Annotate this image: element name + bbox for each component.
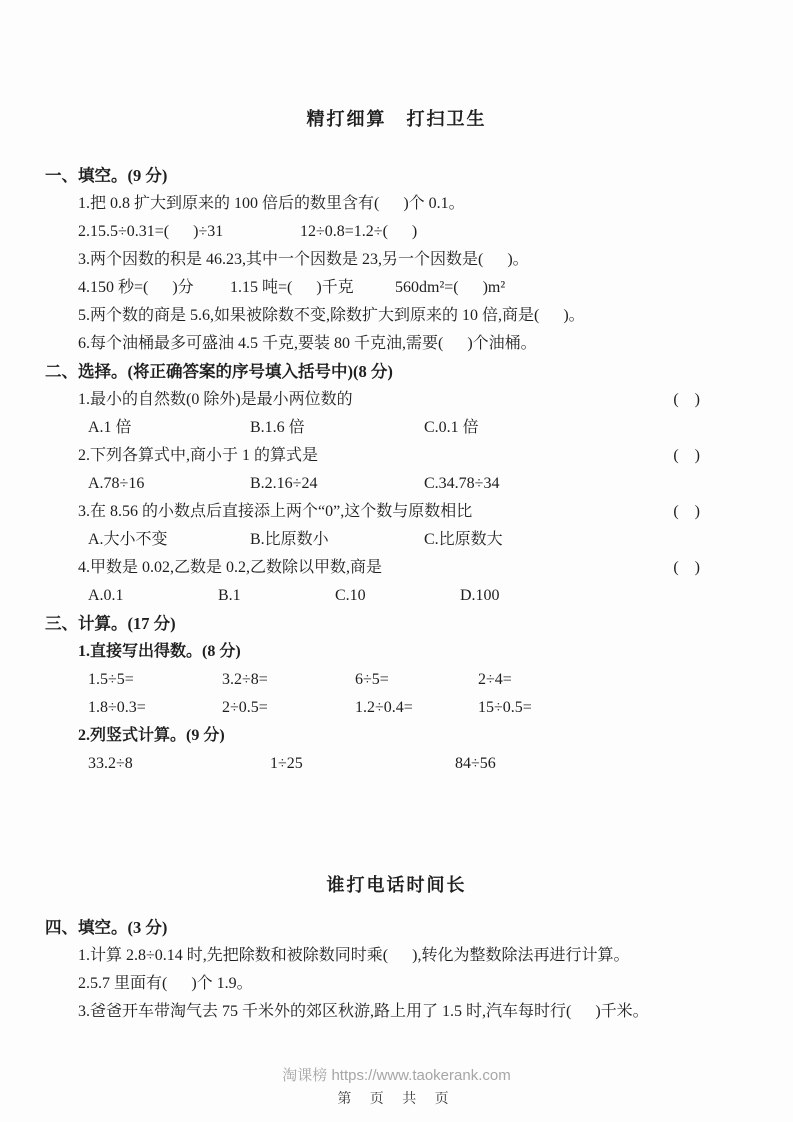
- calc-sub-heading-2: 2.列竖式计算。(9 分): [45, 722, 748, 750]
- vertical-calc-item: 84÷56: [455, 750, 496, 778]
- section-choice-heading: 二、选择。(将正确答案的序号填入括号中)(8 分): [45, 358, 748, 386]
- choice-question-4: 4.甲数是 0.02,乙数是 0.2,乙数除以甲数,商是 ( ): [45, 554, 700, 582]
- choice-question-3: 3.在 8.56 的小数点后直接添上两个“0”,这个数与原数相比 ( ): [45, 498, 700, 526]
- option-label: B.1.6 倍: [250, 414, 424, 442]
- choice-question-2-text: 2.下列各算式中,商小于 1 的算式是: [78, 442, 318, 470]
- fill1-item-2: 2.15.5÷0.31=( )÷31 12÷0.8=1.2÷( ): [45, 218, 748, 246]
- worksheet-title-1: 精打细算 打扫卫生: [45, 106, 748, 134]
- fill2-item-2: 2.5.7 里面有( )个 1.9。: [45, 970, 748, 998]
- option-label: C.10: [335, 582, 460, 610]
- fill1-item-1: 1.把 0.8 扩大到原来的 100 倍后的数里含有( )个 0.1。: [45, 190, 748, 218]
- choice-question-1-text: 1.最小的自然数(0 除外)是最小两位数的: [78, 386, 353, 414]
- fill1-item-6: 6.每个油桶最多可盛油 4.5 千克,要装 80 千克油,需要( )个油桶。: [45, 330, 748, 358]
- spacer: [45, 900, 748, 914]
- oral-calc-item: 3.2÷8=: [222, 666, 355, 694]
- oral-calc-item: 2÷4=: [478, 666, 512, 694]
- fill1-item-4: 4.150 秒=( )分 1.15 吨=( )千克 560dm²=( )m²: [45, 274, 748, 302]
- oral-calc-item: 1.5÷5=: [88, 666, 222, 694]
- fill1-item-3: 3.两个因数的积是 46.23,其中一个因数是 23,另一个因数是( )。: [45, 246, 748, 274]
- calc-sub-heading-1: 1.直接写出得数。(8 分): [45, 638, 748, 666]
- section-fill-1-heading: 一、填空。(9 分): [45, 162, 748, 190]
- choice-question-3-options: A.大小不变 B.比原数小 C.比原数大: [45, 526, 748, 554]
- option-label: A.0.1: [88, 582, 218, 610]
- oral-calc-item: 1.2÷0.4=: [355, 694, 478, 722]
- option-label: C.0.1 倍: [424, 414, 479, 442]
- fill1-item-4-part-b: 1.15 吨=( )千克: [230, 274, 395, 302]
- option-label: D.100: [460, 582, 500, 610]
- option-label: B.1: [218, 582, 335, 610]
- worksheet-page: 精打细算 打扫卫生 一、填空。(9 分) 1.把 0.8 扩大到原来的 100 …: [0, 0, 793, 1122]
- section-calc-heading: 三、计算。(17 分): [45, 610, 748, 638]
- choice-question-3-text: 3.在 8.56 的小数点后直接添上两个“0”,这个数与原数相比: [78, 498, 472, 526]
- answer-paren: ( ): [673, 386, 700, 414]
- worksheet-title-2: 谁打电话时间长: [45, 872, 748, 900]
- choice-question-2: 2.下列各算式中,商小于 1 的算式是 ( ): [45, 442, 700, 470]
- oral-calc-item: 1.8÷0.3=: [88, 694, 222, 722]
- option-label: B.比原数小: [250, 526, 424, 554]
- choice-question-4-options: A.0.1 B.1 C.10 D.100: [45, 582, 748, 610]
- option-label: B.2.16÷24: [250, 470, 424, 498]
- spacer: [45, 778, 748, 872]
- answer-paren: ( ): [673, 442, 700, 470]
- vertical-calc-item: 33.2÷8: [88, 750, 270, 778]
- choice-question-2-options: A.78÷16 B.2.16÷24 C.34.78÷34: [45, 470, 748, 498]
- choice-question-1: 1.最小的自然数(0 除外)是最小两位数的 ( ): [45, 386, 700, 414]
- oral-calc-row-1: 1.5÷5= 3.2÷8= 6÷5= 2÷4=: [45, 666, 748, 694]
- option-label: A.1 倍: [88, 414, 250, 442]
- footer-page-label: 第 页 共 页: [0, 1088, 793, 1108]
- fill2-item-1: 1.计算 2.8÷0.14 时,先把除数和被除数同时乘( ),转化为整数除法再进…: [45, 942, 748, 970]
- section-fill-2-heading: 四、填空。(3 分): [45, 914, 748, 942]
- answer-paren: ( ): [673, 554, 700, 582]
- fill1-item-4-part-c: 560dm²=( )m²: [395, 274, 505, 302]
- option-label: A.大小不变: [88, 526, 250, 554]
- option-label: C.34.78÷34: [424, 470, 499, 498]
- vertical-calc-row: 33.2÷8 1÷25 84÷56: [45, 750, 748, 778]
- vertical-calc-item: 1÷25: [270, 750, 455, 778]
- option-label: A.78÷16: [88, 470, 250, 498]
- oral-calc-item: 2÷0.5=: [222, 694, 355, 722]
- fill1-item-5: 5.两个数的商是 5.6,如果被除数不变,除数扩大到原来的 10 倍,商是( )…: [45, 302, 748, 330]
- oral-calc-item: 6÷5=: [355, 666, 478, 694]
- fill2-item-3: 3.爸爸开车带淘气去 75 千米外的郊区秋游,路上用了 1.5 时,汽车每时行(…: [45, 998, 748, 1026]
- choice-question-1-options: A.1 倍 B.1.6 倍 C.0.1 倍: [45, 414, 748, 442]
- oral-calc-item: 15÷0.5=: [478, 694, 532, 722]
- spacer: [45, 134, 748, 162]
- choice-question-4-text: 4.甲数是 0.02,乙数是 0.2,乙数除以甲数,商是: [78, 554, 382, 582]
- footer-watermark: 淘课榜 https://www.taokerank.com: [0, 1064, 793, 1085]
- fill1-item-2-part-b: 12÷0.8=1.2÷( ): [300, 218, 417, 246]
- fill1-item-2-part-a: 2.15.5÷0.31=( )÷31: [78, 218, 300, 246]
- fill1-item-4-part-a: 4.150 秒=( )分: [78, 274, 230, 302]
- oral-calc-row-2: 1.8÷0.3= 2÷0.5= 1.2÷0.4= 15÷0.5=: [45, 694, 748, 722]
- option-label: C.比原数大: [424, 526, 503, 554]
- answer-paren: ( ): [673, 498, 700, 526]
